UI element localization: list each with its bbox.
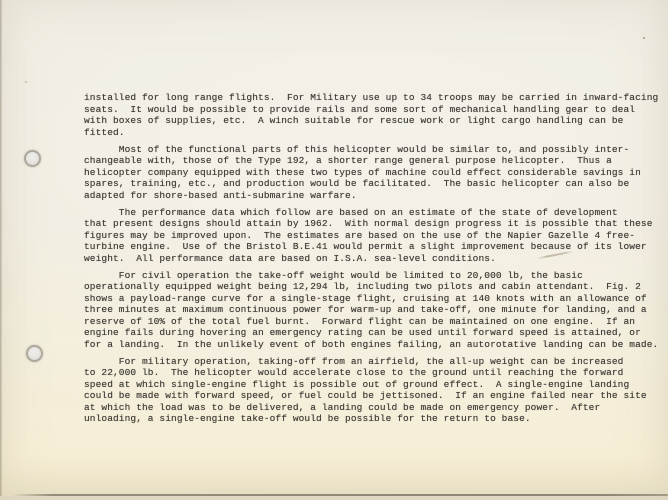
punch-hole-bottom <box>26 345 43 362</box>
typewritten-text-block: installed for long range flights. For Mi… <box>84 92 662 430</box>
paragraph-performance-data-basis: The performance data which follow are ba… <box>84 207 662 265</box>
page-left-edge-shadow <box>0 0 3 500</box>
punch-hole-top <box>24 150 41 167</box>
paragraph-military-operation: For military operation, taking-off from … <box>84 356 662 425</box>
scanned-document-page: installed for long range flights. For Mi… <box>0 0 668 500</box>
dust-speck <box>25 81 27 83</box>
paragraph-civil-operation: For civil operation the take-off weight … <box>84 270 662 351</box>
paragraph-cabin-capacity: installed for long range flights. For Mi… <box>84 92 662 138</box>
dust-speck <box>643 37 645 39</box>
page-bottom-margin <box>0 496 668 500</box>
paragraph-commonality-type-192: Most of the functional parts of this hel… <box>84 144 662 202</box>
